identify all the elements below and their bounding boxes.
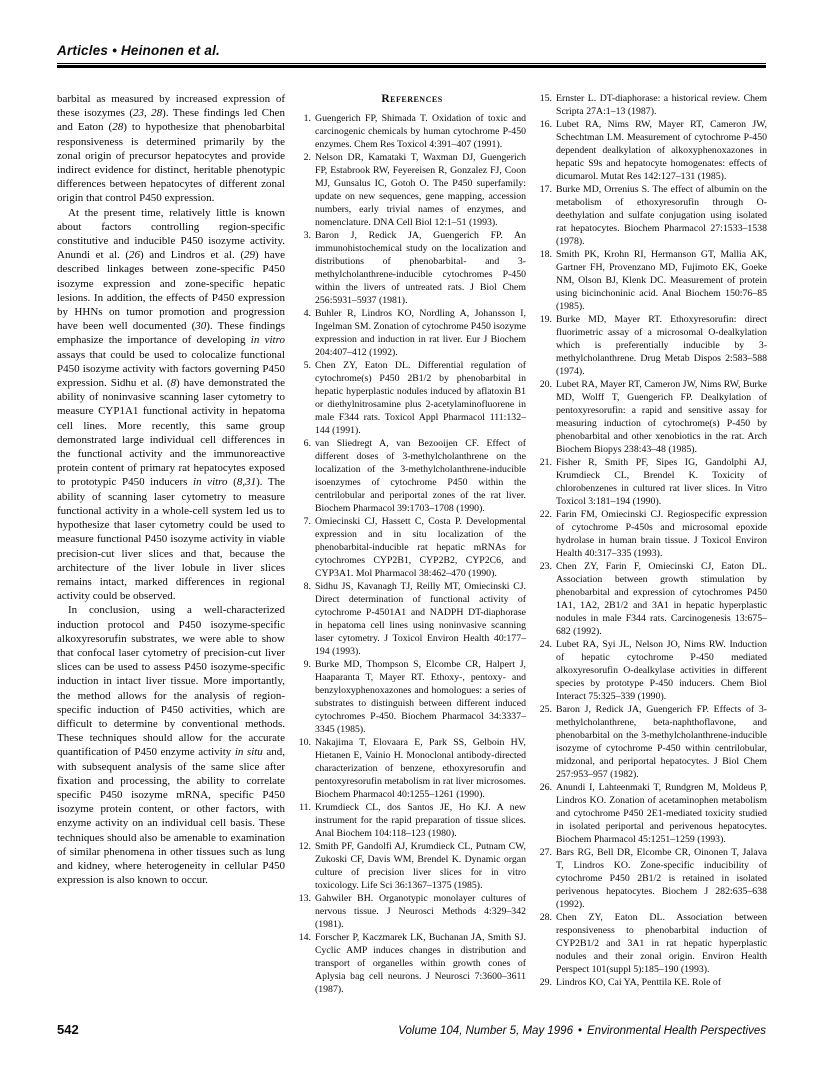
reference-item: 1.Guengerich FP, Shimada T. Oxidation of… (298, 112, 526, 151)
reference-item: 20.Lubet RA, Mayer RT, Cameron JW, Nims … (539, 378, 767, 456)
reference-item: 25.Baron J, Redick JA, Guengerich FP. Ef… (539, 703, 767, 781)
reference-number: 2. (298, 151, 311, 164)
reference-number: 14. (298, 931, 311, 944)
page-number: 542 (57, 1022, 79, 1037)
running-head-text: Articles • Heinonen et al. (57, 43, 220, 58)
reference-item: 23.Chen ZY, Farin F, Omiecinski CJ, Eato… (539, 560, 767, 638)
reference-item: 29.Lindros KO, Cai YA, Penttila KE. Role… (539, 976, 767, 989)
reference-item: 22.Farin FM, Omiecinski CJ. Regiospecifi… (539, 508, 767, 560)
reference-number: 22. (539, 508, 552, 521)
reference-number: 29. (539, 976, 552, 989)
reference-number: 20. (539, 378, 552, 391)
references-heading: References (298, 93, 526, 105)
reference-number: 17. (539, 183, 552, 196)
reference-item: 8.Sidhu JS, Kavanagh TJ, Reilly MT, Omie… (298, 580, 526, 658)
reference-number: 5. (298, 359, 311, 372)
reference-number: 12. (298, 840, 311, 853)
reference-item: 12.Smith PF, Gandolfi AJ, Krumdieck CL, … (298, 840, 526, 892)
reference-number: 18. (539, 248, 552, 261)
reference-item: 19.Burke MD, Mayer RT. Ethoxyresorufin: … (539, 313, 767, 378)
reference-item: 11.Krumdieck CL, dos Santos JE, Ho KJ. A… (298, 801, 526, 840)
reference-item: 4.Buhler R, Lindros KO, Nordling A, Joha… (298, 307, 526, 359)
body-text-column: barbital as measured by increased expres… (57, 92, 285, 887)
reference-item: 6.van Sliedregt A, van Bezooijen CF. Eff… (298, 437, 526, 515)
reference-number: 4. (298, 307, 311, 320)
header-rule-thick (57, 65, 766, 68)
reference-item: 17.Burke MD, Orrenius S. The effect of a… (539, 183, 767, 248)
reference-number: 9. (298, 658, 311, 671)
page-footer: 542 Volume 104, Number 5, May 1996•Envir… (57, 1022, 766, 1037)
reference-item: 10.Nakajima T, Elovaara E, Park SS, Gelb… (298, 736, 526, 801)
reference-number: 13. (298, 892, 311, 905)
reference-number: 7. (298, 515, 311, 528)
reference-item: 16.Lubet RA, Nims RW, Mayer RT, Cameron … (539, 118, 767, 183)
reference-number: 10. (298, 736, 311, 749)
footer-bullet: • (578, 1025, 582, 1037)
reference-number: 3. (298, 229, 311, 242)
references-list-1: 1.Guengerich FP, Shimada T. Oxidation of… (298, 112, 526, 996)
reference-item: 27.Bars RG, Bell DR, Elcombe CR, Oinonen… (539, 846, 767, 911)
references-column-2: 15.Ernster L. DT-diaphorase: a historica… (539, 92, 767, 989)
reference-item: 14.Forscher P, Kaczmarek LK, Buchanan JA… (298, 931, 526, 996)
reference-item: 2.Nelson DR, Kamataki T, Waxman DJ, Guen… (298, 151, 526, 229)
body-paragraph: At the present time, relatively little i… (57, 206, 285, 604)
running-header: Articles • Heinonen et al. (57, 42, 766, 68)
body-paragraph: barbital as measured by increased expres… (57, 92, 285, 206)
header-rule-thin (57, 63, 766, 64)
reference-item: 28.Chen ZY, Eaton DL. Association betwee… (539, 911, 767, 976)
issue-info: Volume 104, Number 5, May 1996 (398, 1025, 573, 1037)
reference-number: 27. (539, 846, 552, 859)
references-column-1: References 1.Guengerich FP, Shimada T. O… (298, 92, 526, 996)
reference-number: 21. (539, 456, 552, 469)
reference-number: 23. (539, 560, 552, 573)
reference-item: 18.Smith PK, Krohn RI, Hermanson GT, Mal… (539, 248, 767, 313)
journal-footer-line: Volume 104, Number 5, May 1996•Environme… (398, 1025, 766, 1037)
journal-title: Environmental Health Perspectives (587, 1025, 766, 1037)
reference-item: 5.Chen ZY, Eaton DL. Differential regula… (298, 359, 526, 437)
reference-number: 25. (539, 703, 552, 716)
reference-item: 7.Omiecinski CJ, Hassett C, Costa P. Dev… (298, 515, 526, 580)
reference-number: 1. (298, 112, 311, 125)
references-list-2: 15.Ernster L. DT-diaphorase: a historica… (539, 92, 767, 989)
reference-item: 3.Baron J, Redick JA, Guengerich FP. An … (298, 229, 526, 307)
reference-item: 9.Burke MD, Thompson S, Elcombe CR, Halp… (298, 658, 526, 736)
reference-number: 8. (298, 580, 311, 593)
reference-number: 19. (539, 313, 552, 326)
reference-number: 28. (539, 911, 552, 924)
reference-item: 21.Fisher R, Smith PF, Sipes IG, Gandolp… (539, 456, 767, 508)
reference-number: 15. (539, 92, 552, 105)
journal-page: Articles • Heinonen et al. barbital as m… (0, 0, 816, 1070)
article-body: barbital as measured by increased expres… (57, 92, 766, 996)
reference-number: 6. (298, 437, 311, 450)
reference-number: 16. (539, 118, 552, 131)
reference-number: 26. (539, 781, 552, 794)
reference-item: 13.Gahwiler BH. Organotypic monolayer cu… (298, 892, 526, 931)
body-paragraph: In conclusion, using a well-characterize… (57, 603, 285, 887)
reference-item: 24.Lubet RA, Syi JL, Nelson JO, Nims RW.… (539, 638, 767, 703)
reference-item: 15.Ernster L. DT-diaphorase: a historica… (539, 92, 767, 118)
reference-item: 26.Anundi I, Lahteenmaki T, Rundgren M, … (539, 781, 767, 846)
reference-number: 24. (539, 638, 552, 651)
reference-number: 11. (298, 801, 311, 814)
